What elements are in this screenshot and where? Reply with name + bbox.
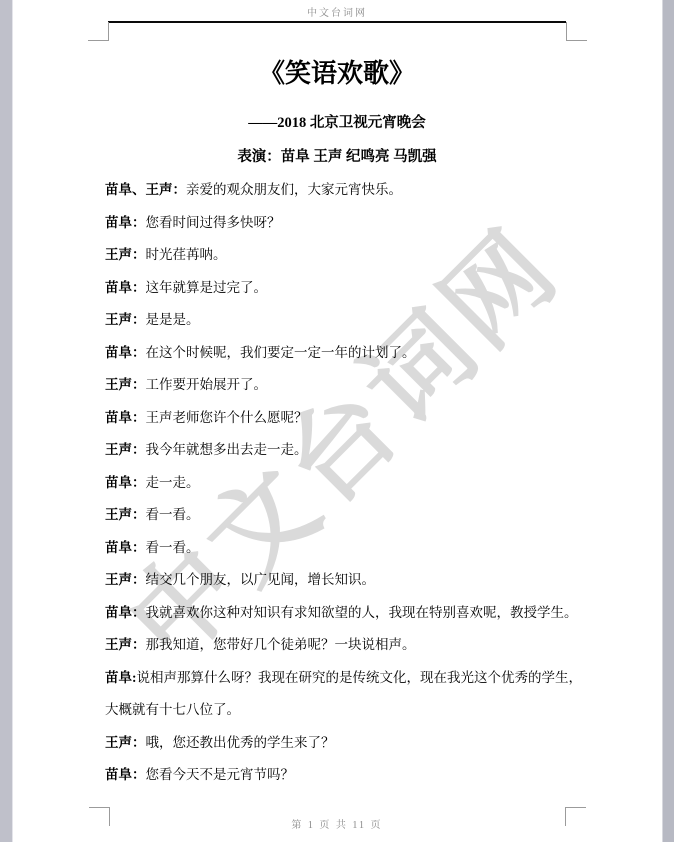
margin-mark-top-left: [88, 22, 109, 41]
dialogue-speaker: 王声：: [105, 731, 146, 751]
dialogue-text: 我就喜欢你这种对知识有求知欲望的人，我现在特别喜欢呢，教授学生。: [146, 601, 578, 621]
dialogue-line: 王声：哦，您还教出优秀的学生来了？: [105, 725, 575, 758]
dialogue-text: 您看今天不是元宵节吗？: [146, 763, 295, 783]
dialogue-line: 王声：工作要开始展开了。: [105, 367, 575, 400]
dialogue-text: 说相声那算什么呀？我现在研究的是传统文化，现在我光这个优秀的学生，: [137, 666, 583, 686]
page-content: 中文台词网 《笑语欢歌》 ——2018 北京卫视元宵晚会 表演：苗阜 王声 纪鸣…: [0, 0, 674, 842]
dialogue-line: 苗阜：看一看。: [105, 530, 575, 563]
dialogue-speaker: 王声：: [105, 308, 146, 328]
dialogue-line: 王声：结交几个朋友，以广见闻，增长知识。: [105, 562, 575, 595]
dialogue-line: 苗阜：我就喜欢你这种对知识有求知欲望的人，我现在特别喜欢呢，教授学生。: [105, 595, 575, 628]
dialogue-speaker: 苗阜：: [105, 471, 146, 491]
dialogue-text: 这年就算是过完了。: [146, 276, 268, 296]
dialogue-text: 看一看。: [146, 503, 200, 523]
dialogue-text: 那我知道，您带好几个徒弟呢？一块说相声。: [146, 633, 416, 653]
window-edge-right: [662, 0, 674, 842]
dialogue-line: 大概就有十七八位了。: [105, 692, 575, 725]
window-edge-left: [0, 0, 13, 842]
dialogue-speaker: 王声：: [105, 503, 146, 523]
dialogue-line: 王声：那我知道，您带好几个徒弟呢？一块说相声。: [105, 627, 575, 660]
document-page: 中文台词网 中文台词网 《笑语欢歌》 ——2018 北京卫视元宵晚会 表演：苗阜…: [0, 0, 674, 842]
page-footer-page-number: 第 1 页 共 11 页: [0, 816, 674, 831]
dialogue-line: 苗阜:说相声那算什么呀？我现在研究的是传统文化，现在我光这个优秀的学生，: [105, 660, 575, 693]
script-subtitle: ——2018 北京卫视元宵晚会: [0, 111, 674, 132]
dialogue-line: 王声：看一看。: [105, 497, 575, 530]
dialogue-line: 苗阜：走一走。: [105, 465, 575, 498]
dialogue-text: 是是是。: [146, 308, 200, 328]
dialogue-text: 亲爱的观众朋友们，大家元宵快乐。: [186, 178, 402, 198]
dialogue-text: 走一走。: [146, 471, 200, 491]
dialogue-text: 在这个时候呢，我们要定一定一年的计划了。: [146, 341, 416, 361]
dialogue-line: 王声：是是是。: [105, 302, 575, 335]
dialogue-text: 工作要开始展开了。: [146, 373, 268, 393]
dialogue-line: 苗阜：您看今天不是元宵节吗？: [105, 757, 575, 790]
margin-mark-top-right: [566, 22, 587, 41]
dialogue-speaker: 苗阜：: [105, 276, 146, 296]
dialogue-text: 王声老师您许个什么愿呢？: [146, 406, 308, 426]
dialogue-line: 苗阜、王声：亲爱的观众朋友们，大家元宵快乐。: [105, 172, 575, 205]
dialogue-speaker: 苗阜、王声：: [105, 178, 186, 198]
dialogue-speaker: 苗阜：: [105, 211, 146, 231]
dialogue-text: 大概就有十七八位了。: [105, 698, 240, 718]
dialogue-speaker: 王声：: [105, 438, 146, 458]
dialogue-speaker: 苗阜：: [105, 406, 146, 426]
dialogue-line: 王声：时光荏苒呐。: [105, 237, 575, 270]
dialogue-text: 您看时间过得多快呀？: [146, 211, 281, 231]
dialogue-line: 苗阜：王声老师您许个什么愿呢？: [105, 400, 575, 433]
dialogue-line: 苗阜：这年就算是过完了。: [105, 270, 575, 303]
dialogue-body: 苗阜、王声：亲爱的观众朋友们，大家元宵快乐。 苗阜：您看时间过得多快呀？ 王声：…: [105, 172, 575, 790]
dialogue-text: 结交几个朋友，以广见闻，增长知识。: [146, 568, 376, 588]
dialogue-speaker: 苗阜：: [105, 601, 146, 621]
script-title: 《笑语欢歌》: [0, 53, 674, 90]
page-header-site-name: 中文台词网: [0, 4, 674, 19]
dialogue-text: 哦，您还教出优秀的学生来了？: [146, 731, 335, 751]
dialogue-speaker: 王声：: [105, 568, 146, 588]
dialogue-text: 我今年就想多出去走一走。: [146, 438, 308, 458]
dialogue-line: 苗阜：您看时间过得多快呀？: [105, 205, 575, 238]
dialogue-speaker: 苗阜：: [105, 536, 146, 556]
script-cast: 表演：苗阜 王声 纪鸣亮 马凯强: [0, 145, 674, 166]
dialogue-speaker: 王声：: [105, 243, 146, 263]
dialogue-speaker: 苗阜:: [105, 666, 137, 686]
dialogue-speaker: 苗阜：: [105, 763, 146, 783]
dialogue-speaker: 王声：: [105, 633, 146, 653]
dialogue-speaker: 王声：: [105, 373, 146, 393]
dialogue-speaker: 苗阜：: [105, 341, 146, 361]
dialogue-line: 苗阜：在这个时候呢，我们要定一定一年的计划了。: [105, 335, 575, 368]
dialogue-line: 王声：我今年就想多出去走一走。: [105, 432, 575, 465]
dialogue-text: 时光荏苒呐。: [146, 243, 227, 263]
header-rule: [108, 21, 566, 23]
dialogue-text: 看一看。: [146, 536, 200, 556]
